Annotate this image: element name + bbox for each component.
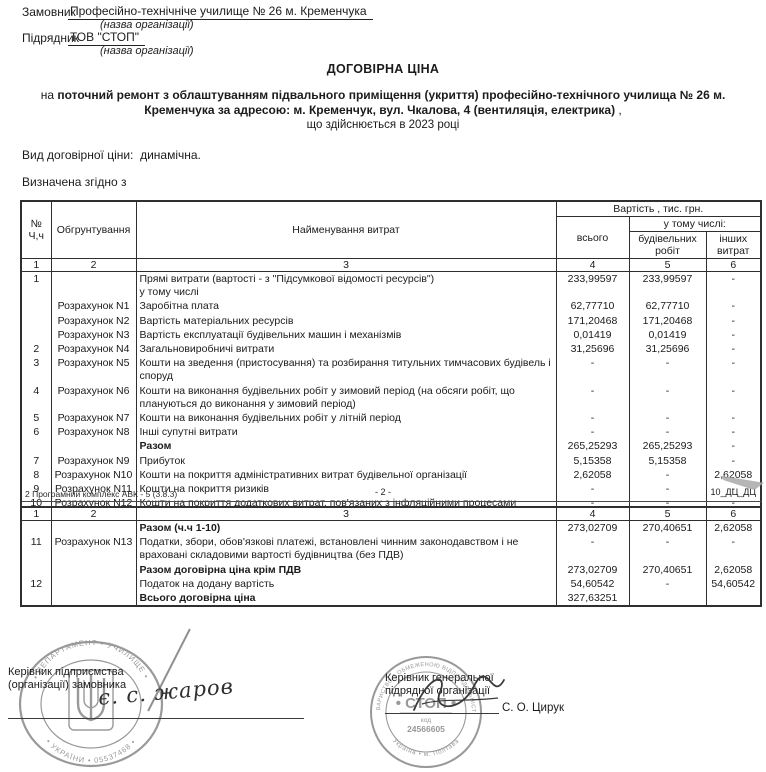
table-row: 2 Розрахунок N4 Загальновиробничі витрат…: [21, 342, 761, 356]
table-row: Розрахунок N3 Вартість експлуатації буді…: [21, 328, 761, 342]
table-row: Всього договірна ціна 327,63251: [21, 591, 761, 606]
cell-construction: -: [629, 468, 706, 482]
subtitle-prefix: на: [41, 88, 58, 102]
cell-construction: 31,25696: [629, 342, 706, 356]
table-row: 5 Розрахунок N7 Кошти на виконання будів…: [21, 411, 761, 425]
cell-expense-name: Інші супутні витрати: [136, 425, 556, 439]
svg-text:• УКРАЇНИ • 05537468 •: • УКРАЇНИ • 05537468 •: [44, 737, 138, 765]
customer-name: Професійно-технічніче училище № 26 м. Кр…: [68, 4, 373, 20]
contractor-printed-name: С. О. Цирук: [502, 702, 564, 714]
table-row: 11 Розрахунок N13 Податки, збори, обов'я…: [21, 535, 761, 562]
contractor-org-hint: (назва організації): [100, 45, 193, 57]
cell-other: -: [706, 439, 761, 453]
col-digit-1: 1: [21, 259, 51, 272]
cell-row-number: [21, 439, 51, 453]
cell-basis: Розрахунок N4: [51, 342, 136, 356]
determined-line: Визначена згідно з: [22, 175, 127, 189]
cell-construction: -: [629, 356, 706, 383]
stamp-ring-text-bottom: • УКРАЇНИ • 05537468 •: [44, 737, 138, 765]
cell-expense-name: Разом: [136, 439, 556, 453]
cell-other: 2,62058: [706, 563, 761, 577]
cell-other: -: [706, 342, 761, 356]
subtitle-line1-bold: поточний ремонт з облаштуванням підвальн…: [57, 88, 725, 102]
table-row: 8 Розрахунок N10 Кошти на покриття адмін…: [21, 468, 761, 482]
cell-expense-name: Загальновиробничі витрати: [136, 342, 556, 356]
table-row: Разом (ч.ч 1-10) 273,02709 270,40651 2,6…: [21, 521, 761, 536]
table-row: Разом 265,25293 265,25293 -: [21, 439, 761, 453]
cost-table-page1: № Ч,ч Обгрунтування Найменування витрат …: [20, 200, 762, 510]
header-cost-group: Вартість , тис. грн.: [556, 201, 761, 217]
cell-row-number: 4: [21, 384, 51, 411]
cell-expense-name: Вартість експлуатації будівельних машин …: [136, 328, 556, 342]
cell-row-number: 2: [21, 342, 51, 356]
cell-construction: 171,20468: [629, 314, 706, 328]
cell-row-number: [21, 521, 51, 536]
cell-construction: 5,15358: [629, 454, 706, 468]
cell-row-number: 6: [21, 425, 51, 439]
header-col-construction: будівельних робіт: [629, 232, 706, 259]
cell-row-number: 1: [21, 272, 51, 300]
cell-row-number: [21, 591, 51, 606]
document-subtitle: на поточний ремонт з облаштуванням підва…: [23, 88, 743, 133]
cell-basis: Розрахунок N2: [51, 314, 136, 328]
cell-other: -: [706, 272, 761, 300]
cell-expense-name: Кошти на виконання будівельних робіт у з…: [136, 384, 556, 411]
cell-construction: -: [629, 577, 706, 591]
subtitle-line-1: на поточний ремонт з облаштуванням підва…: [23, 88, 743, 103]
col-digit-6: 6: [706, 507, 761, 521]
col-digit-5: 5: [629, 507, 706, 521]
stamp-ring-text-bottom: Україна • м. Полтава: [391, 737, 461, 758]
cell-row-number: 11: [21, 535, 51, 562]
cell-row-number: 8: [21, 468, 51, 482]
header-col-num: № Ч,ч: [21, 201, 51, 259]
cell-other: -: [706, 356, 761, 383]
cell-construction: 270,40651: [629, 521, 706, 536]
col-digit-4: 4: [556, 259, 629, 272]
cell-expense-name: Прибуток: [136, 454, 556, 468]
col-digit-5: 5: [629, 259, 706, 272]
col-digit-3: 3: [136, 507, 556, 521]
table-row: Разом договірна ціна крім ПДВ 273,02709 …: [21, 563, 761, 577]
cell-total: 171,20468: [556, 314, 629, 328]
cell-row-number: [21, 328, 51, 342]
cell-construction: 233,99597: [629, 272, 706, 300]
cell-expense-name: Прямі витрати (вартості - з "Підсумкової…: [136, 272, 556, 300]
table-row: 1 Прямі витрати (вартості - з "Підсумков…: [21, 272, 761, 300]
cell-basis: [51, 272, 136, 300]
cell-construction: -: [629, 535, 706, 562]
header-col-including: у тому числі:: [629, 217, 761, 232]
cell-construction: 62,77710: [629, 299, 706, 313]
cell-basis: Розрахунок N6: [51, 384, 136, 411]
cell-other: -: [706, 454, 761, 468]
cell-other: -: [706, 425, 761, 439]
cell-construction: -: [629, 384, 706, 411]
cell-other: [706, 591, 761, 606]
cell-expense-name: Податок на додану вартість: [136, 577, 556, 591]
cell-basis: Розрахунок N7: [51, 411, 136, 425]
cell-construction: 270,40651: [629, 563, 706, 577]
cell-construction: 265,25293: [629, 439, 706, 453]
subtitle-line2-suffix: ,: [615, 103, 622, 117]
cell-total: 5,15358: [556, 454, 629, 468]
price-type-label: Вид договірної ціни:: [22, 148, 133, 162]
col-digit-6: 6: [706, 259, 761, 272]
subtitle-line2-bold: Кременчука за адресою: м. Кременчук, вул…: [144, 103, 615, 117]
cell-expense-name: Разом договірна ціна крім ПДВ: [136, 563, 556, 577]
cell-construction: -: [629, 411, 706, 425]
cell-total: -: [556, 356, 629, 383]
cell-row-number: 12: [21, 577, 51, 591]
header-col-name: Найменування витрат: [136, 201, 556, 259]
cell-basis: Розрахунок N13: [51, 535, 136, 562]
cell-total: 62,77710: [556, 299, 629, 313]
svg-text:Україна • м. Полтава: Україна • м. Полтава: [391, 737, 461, 758]
cell-construction: 0,01419: [629, 328, 706, 342]
cell-construction: [629, 591, 706, 606]
cell-basis: [51, 563, 136, 577]
cell-total: -: [556, 535, 629, 562]
page-separator-line: [22, 501, 762, 502]
cell-expense-name: Кошти на покриття адміністративних витра…: [136, 468, 556, 482]
table-row: 4 Розрахунок N6 Кошти на виконання будів…: [21, 384, 761, 411]
cell-other: -: [706, 328, 761, 342]
cell-basis: [51, 577, 136, 591]
price-type-line: Вид договірної ціни: динамічна.: [22, 148, 201, 162]
cell-total: 31,25696: [556, 342, 629, 356]
cell-total: 327,63251: [556, 591, 629, 606]
cell-row-number: [21, 299, 51, 313]
cell-row-number: 7: [21, 454, 51, 468]
cell-total: 233,99597: [556, 272, 629, 300]
footer-page-number: - 2 -: [0, 487, 766, 497]
cell-basis: [51, 521, 136, 536]
cost-table-page2: 1 2 3 4 5 6 Разом (ч.ч 1-10) 273,02709 2…: [20, 506, 762, 607]
subtitle-line-3: що здійснюється в 2023 році: [23, 118, 743, 133]
signatures-section: • ДЕПАРТАМЕНТ • УЧИЛИЩЕ • • УКРАЇНИ • 05…: [0, 618, 766, 772]
cell-total: 0,01419: [556, 328, 629, 342]
cell-construction: -: [629, 425, 706, 439]
cell-other: -: [706, 299, 761, 313]
cell-expense-name: Кошти на зведення (пристосування) та роз…: [136, 356, 556, 383]
header-col-total: всього: [556, 217, 629, 259]
cell-other: -: [706, 535, 761, 562]
document-title: ДОГОВІРНА ЦІНА: [0, 62, 766, 76]
cell-total: -: [556, 384, 629, 411]
cell-basis: Розрахунок N5: [51, 356, 136, 383]
cell-row-number: [21, 314, 51, 328]
stamp-code-value: 24566605: [407, 724, 445, 734]
stamp-code-label: код: [421, 717, 431, 724]
cell-total: 273,02709: [556, 521, 629, 536]
col-digit-2: 2: [51, 259, 136, 272]
cell-total: -: [556, 425, 629, 439]
col-digit-3: 3: [136, 259, 556, 272]
table-row: 7 Розрахунок N9 Прибуток 5,15358 5,15358…: [21, 454, 761, 468]
table-row: Розрахунок N2 Вартість матеріальних ресу…: [21, 314, 761, 328]
table-row: Розрахунок N1 Заробітна плата 62,77710 6…: [21, 299, 761, 313]
cell-expense-name: Податки, збори, обов'язкові платежі, вст…: [136, 535, 556, 562]
col-digit-2: 2: [51, 507, 136, 521]
cell-basis: Розрахунок N8: [51, 425, 136, 439]
cell-other: 54,60542: [706, 577, 761, 591]
table-row: 12 Податок на додану вартість 54,60542 -…: [21, 577, 761, 591]
cell-total: 54,60542: [556, 577, 629, 591]
cell-expense-name: Заробітна плата: [136, 299, 556, 313]
footer-doc-code: 10_ДЦ_ДЦ: [710, 487, 756, 497]
contractor-name: ТОВ "СТОП": [68, 30, 145, 46]
price-type-value: динамічна.: [140, 148, 201, 162]
cell-expense-name: Разом (ч.ч 1-10): [136, 521, 556, 536]
cell-basis: Розрахунок N9: [51, 454, 136, 468]
contract-price-document: Замовник Професійно-технічніче училище №…: [0, 0, 766, 772]
cell-row-number: [21, 563, 51, 577]
col-digit-4: 4: [556, 507, 629, 521]
cell-basis: Розрахунок N3: [51, 328, 136, 342]
customer-signature-line: [8, 718, 304, 719]
cell-basis: Розрахунок N10: [51, 468, 136, 482]
col-digit-1: 1: [21, 507, 51, 521]
cell-basis: Розрахунок N1: [51, 299, 136, 313]
header-col-basis: Обгрунтування: [51, 201, 136, 259]
table-row: 6 Розрахунок N8 Інші супутні витрати - -…: [21, 425, 761, 439]
cell-total: -: [556, 411, 629, 425]
cell-total: 2,62058: [556, 468, 629, 482]
table-row: 3 Розрахунок N5 Кошти на зведення (прист…: [21, 356, 761, 383]
cell-other: -: [706, 411, 761, 425]
cell-row-number: 3: [21, 356, 51, 383]
contractor-handwritten-signature: [408, 668, 508, 718]
cell-expense-name: Всього договірна ціна: [136, 591, 556, 606]
subtitle-line-2: Кременчука за адресою: м. Кременчук, вул…: [23, 103, 743, 118]
cell-row-number: 5: [21, 411, 51, 425]
cell-total: 265,25293: [556, 439, 629, 453]
cell-expense-name: Кошти на виконання будівельних робіт у л…: [136, 411, 556, 425]
cell-total: 273,02709: [556, 563, 629, 577]
cell-other: 2,62058: [706, 521, 761, 536]
cell-basis: [51, 591, 136, 606]
cell-other: -: [706, 384, 761, 411]
cell-other: -: [706, 314, 761, 328]
cell-expense-name: Вартість матеріальних ресурсів: [136, 314, 556, 328]
header-col-other: інших витрат: [706, 232, 761, 259]
cell-basis: [51, 439, 136, 453]
